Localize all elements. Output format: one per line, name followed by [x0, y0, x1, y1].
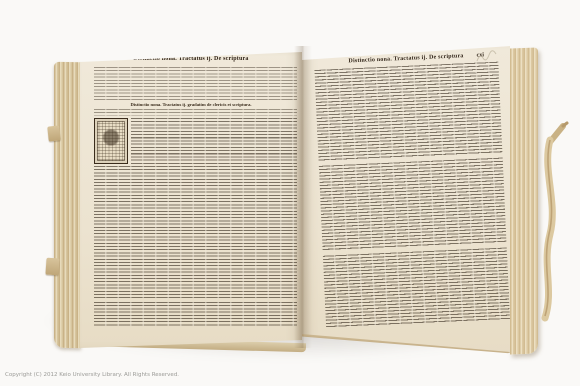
right-page-content: Distinctio nona. Tractatus ij. De script… — [314, 52, 510, 338]
copyright-line: Copyright (C) 2012 Keio University Libra… — [5, 373, 179, 379]
woodcut-initial — [94, 118, 128, 164]
fore-edge-left — [54, 62, 81, 349]
initial-paragraph-row — [94, 118, 297, 164]
book-photograph: Distinctio nona. Tractatus ij. De script… — [0, 0, 580, 386]
left-running-header: Distinctio nona. Tractatus ij. De script… — [80, 56, 302, 62]
index-lines-block — [94, 67, 297, 100]
text-block — [319, 158, 507, 252]
text-block — [94, 109, 297, 116]
text-block — [94, 302, 297, 326]
cloth-tie-right — [530, 118, 574, 328]
cloth-tie-stub-lower — [45, 258, 59, 276]
right-page: Distinctio nona. Tractatus ij. De script… — [302, 44, 510, 356]
pencil-annotation — [474, 50, 500, 64]
text-block — [131, 118, 297, 164]
left-section-heading: Distinctio nona. Tractatus ij. gradatim … — [89, 103, 293, 108]
text-block — [323, 247, 510, 327]
open-book: Distinctio nona. Tractatus ij. De script… — [52, 40, 560, 362]
left-page: Distinctio nona. Tractatus ij. De script… — [80, 48, 302, 348]
cloth-tie-stub-upper — [47, 125, 61, 141]
text-block — [94, 166, 297, 298]
text-block — [314, 62, 502, 162]
